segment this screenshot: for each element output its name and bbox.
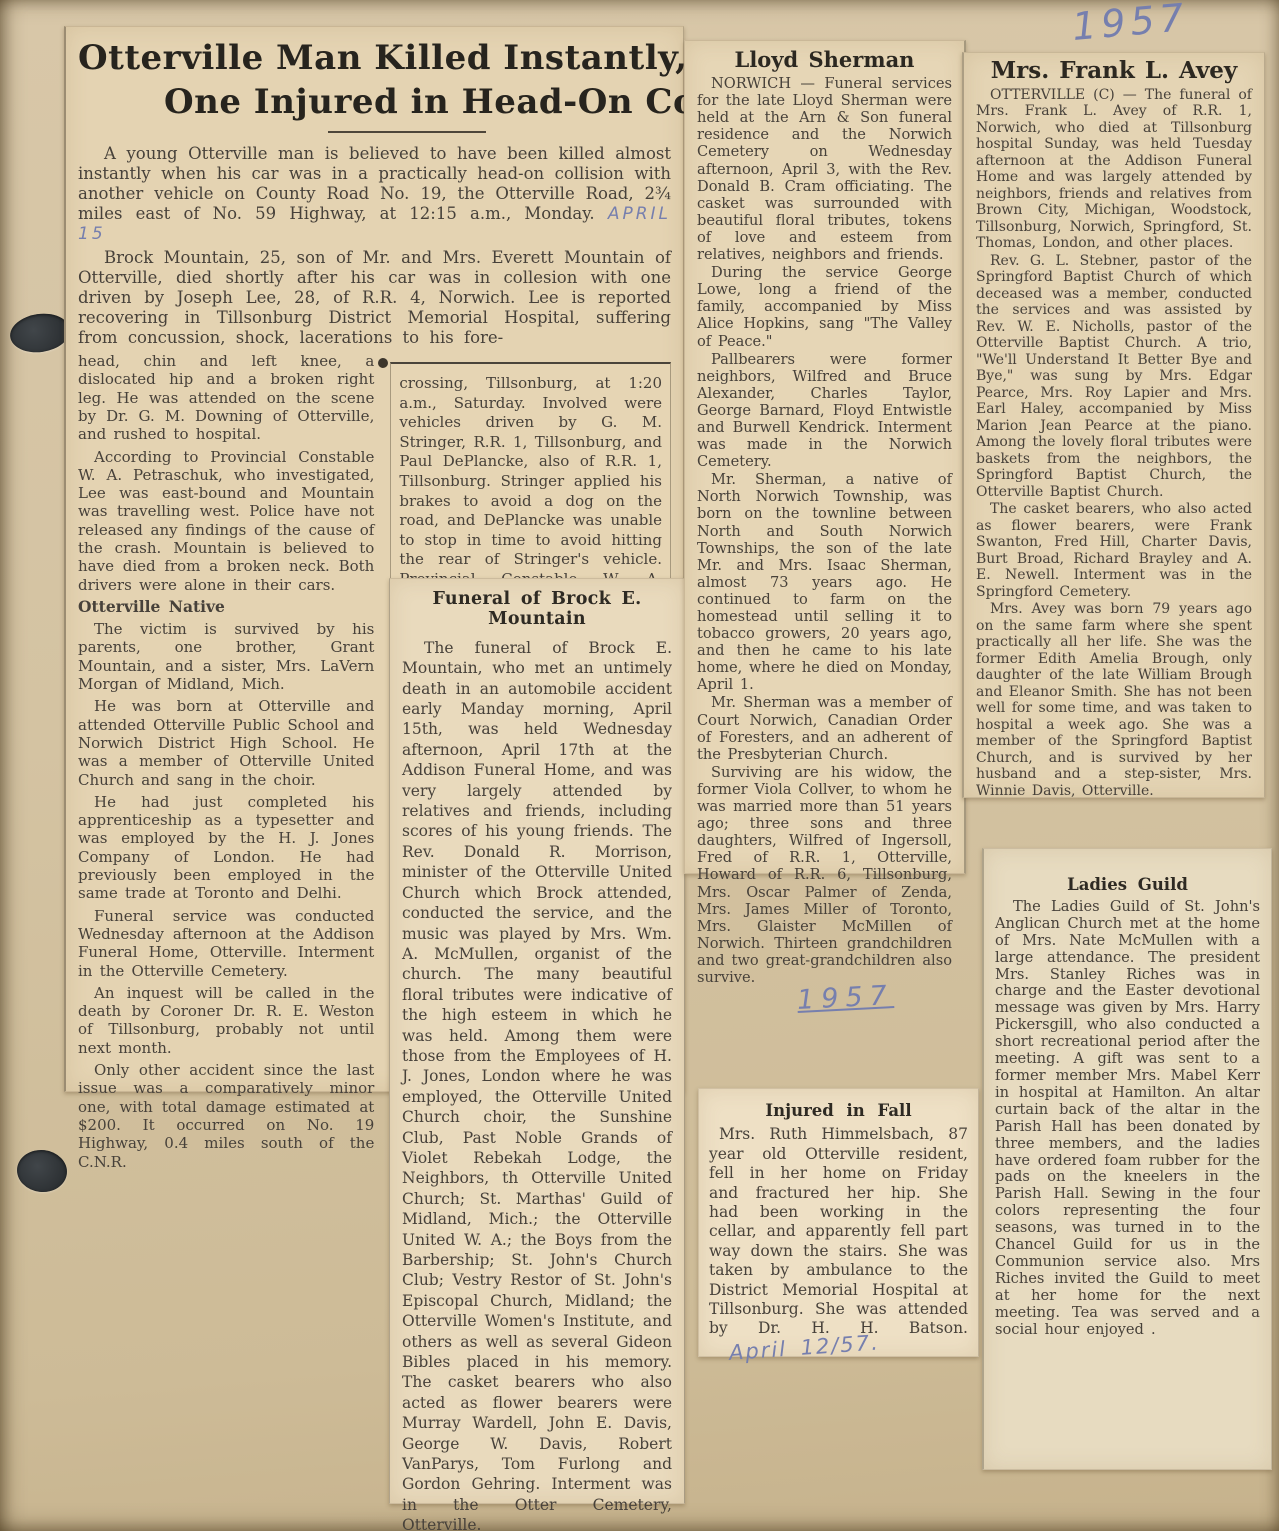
injured-in-fall-clipping: Injured in Fall Mrs. Ruth Himmelsbach, 8… <box>698 1088 979 1357</box>
article-paragraph: Only other accident since the last issue… <box>78 1061 374 1171</box>
article-paragraph: Mr. Sherman, a native of North Norwich T… <box>697 471 952 693</box>
brock-mountain-funeral-clipping: Funeral of Brock E. Mountain The funeral… <box>389 578 685 1504</box>
article-paragraph: The victim is survived by his parents, o… <box>78 620 374 693</box>
article-paragraph: According to Provincial Constable W. A. … <box>78 448 374 594</box>
article-paragraph: Funeral service was conducted Wednesday … <box>78 907 374 980</box>
avey-obituary-clipping: Mrs. Frank L. Avey OTTERVILLE (C) — The … <box>962 52 1265 798</box>
fall-article-title: Injured in Fall <box>709 1101 968 1120</box>
bullet-dot <box>378 358 388 368</box>
collision-intro: A young Otterville man is believed to ha… <box>78 144 671 348</box>
headline-rule <box>328 131 486 133</box>
article-paragraph: Pallbearers were former neighbors, Wilfr… <box>697 351 952 471</box>
punch-hole-bottom <box>15 1148 69 1195</box>
guild-article-title: Ladies Guild <box>995 877 1260 894</box>
article-paragraph: OTTERVILLE (C) — The funeral of Mrs. Fra… <box>976 87 1252 252</box>
paragraph-text: A young Otterville man is believed to ha… <box>78 144 671 223</box>
collision-headline-line1: Otterville Man Killed Instantly, <box>78 37 671 81</box>
article-paragraph: Mrs. Avey was born 79 years ago on the s… <box>976 601 1252 799</box>
article-paragraph: Mr. Sherman was a member of Court Norwic… <box>697 694 952 762</box>
article-paragraph: A young Otterville man is believed to ha… <box>78 144 671 244</box>
avey-article-title: Mrs. Frank L. Avey <box>976 63 1252 80</box>
scrapbook-page: 1957 Otterville Man Killed Instantly, On… <box>0 0 1279 1531</box>
article-paragraph: NORWICH — Funeral services for the late … <box>697 75 952 263</box>
article-paragraph: Rev. G. L. Stebner, pastor of the Spring… <box>976 253 1252 501</box>
punch-hole-top <box>8 310 73 356</box>
article-paragraph: Mrs. Ruth Himmelsbach, 87 year old Otter… <box>709 1125 968 1360</box>
article-paragraph: Brock Mountain, 25, son of Mr. and Mrs. … <box>78 248 671 348</box>
article-paragraph: An inquest will be called in the death b… <box>78 984 374 1057</box>
article-paragraph: head, chin and left knee, a dislocated h… <box>78 352 374 443</box>
article-paragraph: crossing, Tillsonburg, at 1:20 a.m., Sat… <box>399 374 662 609</box>
collision-subhead: Otterville Native <box>78 598 374 616</box>
paragraph-text: Mrs. Ruth Himmelsbach, 87 year old Otter… <box>709 1125 968 1337</box>
handwritten-year-annotation: 1957 <box>1070 0 1190 49</box>
collision-left-column: head, chin and left knee, a dislocated h… <box>78 352 374 1175</box>
lloyd-sherman-obituary-clipping: Lloyd Sherman NORWICH — Funeral services… <box>684 40 966 874</box>
article-paragraph: During the service George Lowe, long a f… <box>697 264 952 349</box>
handwritten-year-annotation: 1957 <box>797 984 953 1009</box>
funeral-article-title: Funeral of Brock E. Mountain <box>402 589 672 630</box>
article-paragraph: The funeral of Brock E. Mountain, who me… <box>402 638 672 1531</box>
ladies-guild-clipping: Ladies Guild The Ladies Guild of St. Joh… <box>982 848 1272 1470</box>
article-paragraph: The casket bearers, who also acted as fl… <box>976 501 1252 600</box>
article-paragraph: He was born at Otterville and attended O… <box>78 697 374 788</box>
handwritten-date-annotation: April 12/57. <box>719 1333 881 1364</box>
article-paragraph: The Ladies Guild of St. John's Anglican … <box>995 899 1260 1339</box>
sherman-article-title: Lloyd Sherman <box>697 51 952 68</box>
article-paragraph: He had just completed his apprenticeship… <box>78 793 374 903</box>
collision-headline-line2: One Injured in Head-On Collision <box>164 81 671 125</box>
article-paragraph: Surviving are his widow, the former Viol… <box>697 764 952 986</box>
